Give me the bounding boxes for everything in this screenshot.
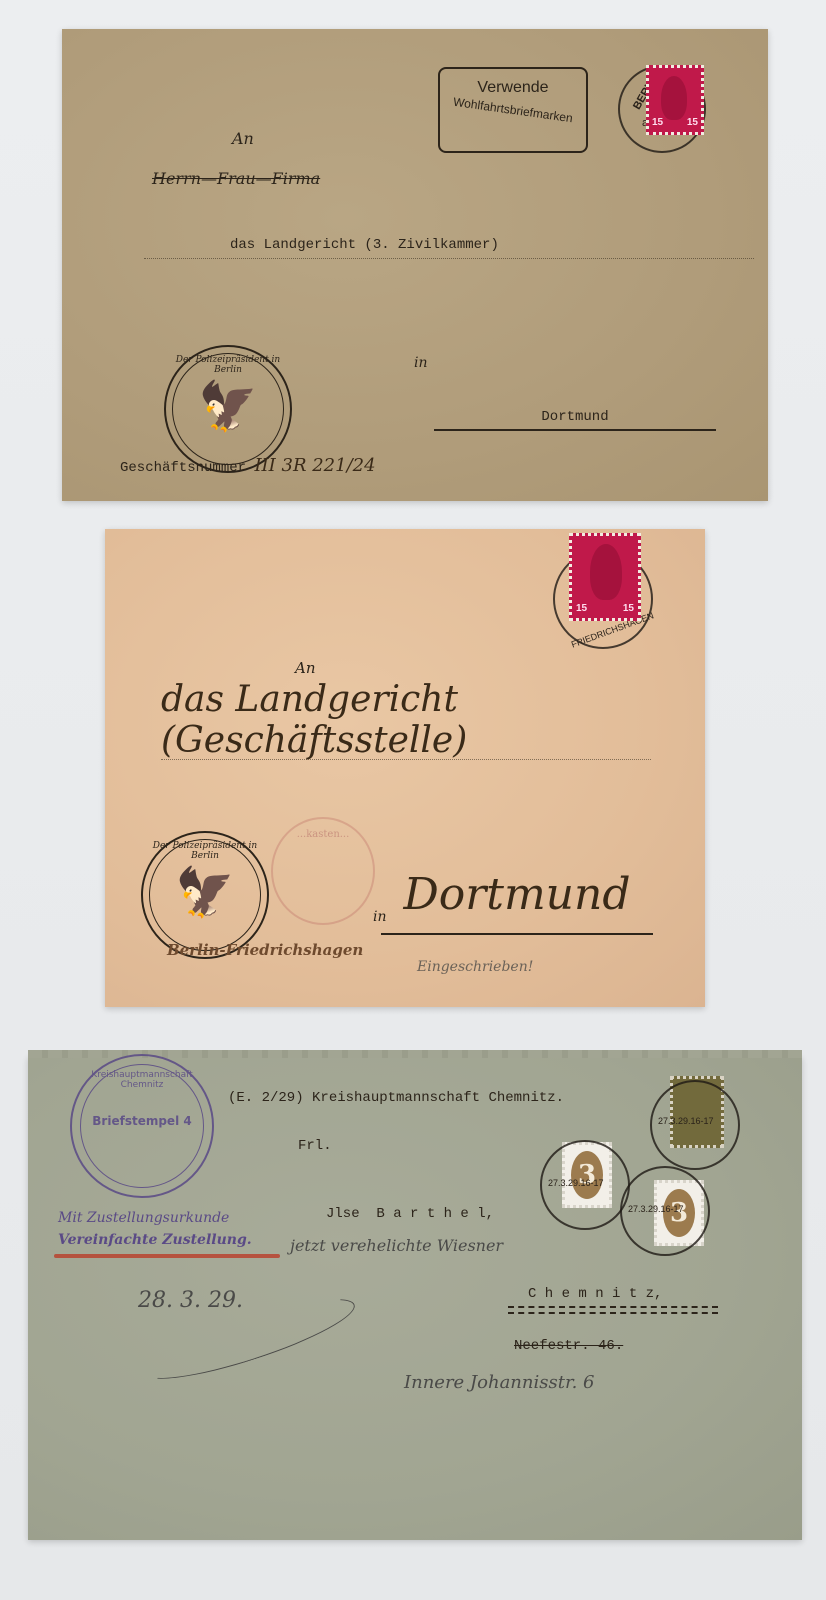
struck-recipient-type: Herrn—Frau—Firma bbox=[152, 169, 320, 188]
police-president-seal: Der Polizeipräsident in Berlin 🦅 bbox=[141, 831, 269, 959]
police-president-seal: Der Polizeipräsident in Berlin 🦅 bbox=[164, 345, 292, 473]
in-label: in bbox=[414, 355, 428, 371]
postmark-chemnitz: 27.3.29.16-17 bbox=[650, 1080, 740, 1170]
double-underline bbox=[508, 1306, 718, 1314]
destination-city: Dortmund bbox=[434, 409, 716, 431]
machine-cancel: Verwende Wohlfahrtsbriefmarken bbox=[438, 67, 588, 153]
eagle-icon: 🦅 bbox=[198, 378, 258, 435]
handwritten-note: jetzt verehelichte Wiesner bbox=[290, 1236, 503, 1255]
faint-red-seal: ...kasten... bbox=[271, 817, 375, 925]
postmark-chemnitz: 27.3.29.16-17 bbox=[620, 1166, 710, 1256]
stamp-15-pfennig: 15 15 bbox=[646, 65, 704, 135]
title: Frl. bbox=[298, 1138, 332, 1154]
red-underline bbox=[54, 1254, 280, 1258]
file-number: Geschäftsnummer III 3R 221/24 bbox=[120, 455, 376, 476]
sender-location-stamp: Berlin-Friedrichshagen bbox=[167, 941, 363, 959]
envelope-2: FRIEDRICHSHAGEN 15 15 An das Landgericht… bbox=[105, 529, 705, 1007]
notice-line-2: Vereinfachte Zustellung. bbox=[58, 1232, 252, 1248]
struck-street: Neefestr. 46. bbox=[514, 1338, 623, 1354]
salutation: An bbox=[295, 659, 316, 677]
destination-city-handwritten: Dortmund bbox=[381, 869, 653, 935]
envelope-1: Verwende Wohlfahrtsbriefmarken BERLIN 8 … bbox=[62, 29, 768, 501]
postmark-chemnitz: 27.3.29.16-17 bbox=[540, 1140, 630, 1230]
recipient: das Landgericht (3. Zivilkammer) bbox=[144, 237, 754, 259]
recipient-name: Jlse B a r t h e l, bbox=[326, 1206, 494, 1222]
notice-line-1: Mit Zustellungsurkunde bbox=[58, 1210, 229, 1226]
envelope-3: Kreishauptmannschaft Chemnitz Briefstemp… bbox=[28, 1056, 802, 1540]
eagle-icon: 🦅 bbox=[175, 864, 235, 921]
recipient-handwritten: das Landgericht (Geschäftsstelle) bbox=[161, 679, 651, 760]
destination-city: C h e m n i t z, bbox=[528, 1286, 662, 1302]
salutation: An bbox=[232, 129, 254, 148]
header-line: (E. 2/29) Kreishauptmannschaft Chemnitz. bbox=[228, 1090, 564, 1106]
handwritten-date: 28. 3. 29. bbox=[138, 1288, 243, 1313]
pencil-note: Eingeschrieben! bbox=[417, 959, 533, 975]
handwritten-street: Innere Johannisstr. 6 bbox=[404, 1372, 594, 1393]
kreishauptmannschaft-seal: Kreishauptmannschaft Chemnitz Briefstemp… bbox=[70, 1054, 214, 1198]
stamp-15-pfennig: 15 15 bbox=[569, 533, 641, 621]
